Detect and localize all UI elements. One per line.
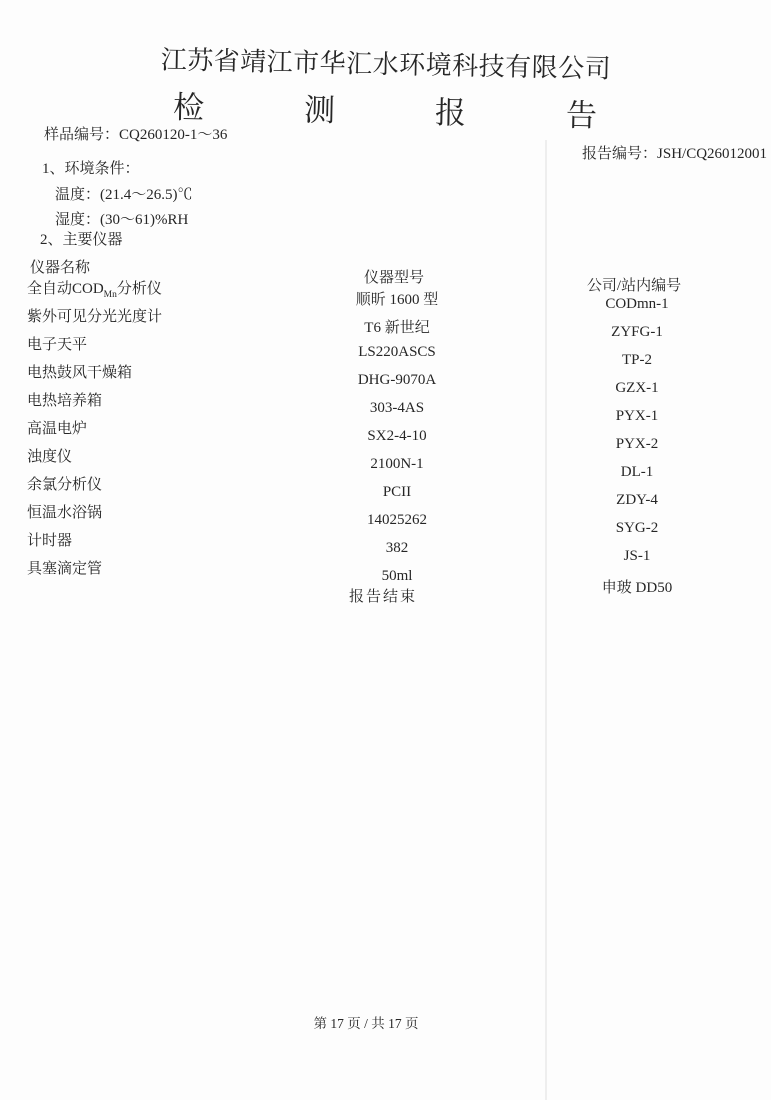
instrument-name-main: 具塞滴定管 — [27, 561, 102, 577]
report-title-char-1: 检 — [173, 82, 205, 128]
humidity-line: 湿度：(30～61)%RH — [55, 208, 188, 229]
report-end-text: 报告结束 — [283, 585, 483, 606]
instrument-name-main: 恒温水浴锅 — [27, 505, 102, 521]
instrument-name: 具塞滴定管 — [27, 557, 102, 578]
instrument-name-main: 电热鼓风干燥箱 — [27, 365, 132, 381]
table-row: 具塞滴定管 50ml 申玻 DD50 — [27, 557, 749, 585]
instrument-name-main: 余氯分析仪 — [27, 477, 102, 493]
instrument-model: 2100N-1 — [282, 456, 512, 473]
instrument-model: 303-4AS — [282, 400, 512, 417]
instrument-name: 恒温水浴锅 — [27, 501, 102, 522]
table-row: 电热鼓风干燥箱 DHG-9070A GZX-1 — [27, 361, 749, 389]
instruments-section-heading: 2、主要仪器 — [40, 228, 123, 249]
instruments-table-body: 全自动CODMn分析仪 顺昕 1600 型 CODmn-1 紫外可见分光光度计 … — [27, 277, 749, 585]
instrument-name: 紫外可见分光光度计 — [27, 305, 162, 326]
table-row: 全自动CODMn分析仪 顺昕 1600 型 CODmn-1 — [27, 277, 749, 305]
report-number-line: 报告编号：JSH/CQ26012001 — [582, 142, 767, 163]
sample-number-label: 样品编号： — [44, 127, 119, 143]
instrument-name-main: 全自动COD — [27, 281, 104, 297]
instrument-name-sub: Mn — [104, 290, 117, 300]
instrument-name: 全自动CODMn分析仪 — [27, 277, 162, 298]
sample-number-value: CQ260120-1～36 — [119, 127, 227, 143]
instrument-name: 电热鼓风干燥箱 — [27, 361, 132, 382]
instrument-name: 余氯分析仪 — [27, 473, 102, 494]
instrument-name: 高温电炉 — [27, 417, 87, 438]
temperature-line: 温度：(21.4～26.5)℃ — [55, 183, 193, 204]
instrument-model: 382 — [282, 540, 512, 557]
instrument-name-main: 浊度仪 — [27, 449, 72, 465]
table-row: 电热培养箱 303-4AS PYX-1 — [27, 389, 749, 417]
table-row: 余氯分析仪 PCII ZDY-4 — [27, 473, 749, 501]
table-row: 计时器 382 JS-1 — [27, 529, 749, 557]
instrument-model: SX2-4-10 — [282, 428, 512, 445]
scan-crease-line — [545, 140, 547, 1100]
instrument-name-main: 计时器 — [27, 533, 72, 549]
instrument-model: 14025262 — [282, 512, 512, 529]
instrument-name: 计时器 — [27, 529, 72, 550]
table-row: 紫外可见分光光度计 T6 新世纪 ZYFG-1 — [27, 305, 749, 333]
instrument-name: 浊度仪 — [27, 445, 72, 466]
instrument-name-main: 电子天平 — [27, 337, 87, 353]
instrument-name-main: 高温电炉 — [27, 421, 87, 437]
table-row: 恒温水浴锅 14025262 SYG-2 — [27, 501, 749, 529]
table-row: 高温电炉 SX2-4-10 PYX-2 — [27, 417, 749, 445]
instrument-name: 电子天平 — [27, 333, 87, 354]
instrument-code: 申玻 DD50 — [522, 576, 752, 597]
instrument-model: DHG-9070A — [282, 372, 512, 389]
instrument-name: 电热培养箱 — [27, 389, 102, 410]
instrument-model: LS220ASCS — [282, 344, 512, 361]
instrument-model: PCII — [282, 484, 512, 501]
column-header-instrument-name: 仪器名称 — [30, 256, 90, 277]
table-row: 电子天平 LS220ASCS TP-2 — [27, 333, 749, 361]
instrument-name-main: 电热培养箱 — [27, 393, 102, 409]
environment-section-heading: 1、环境条件： — [42, 157, 140, 178]
page-number-indicator: 第 17 页 / 共 17 页 — [266, 1012, 466, 1032]
report-number-label: 报告编号： — [582, 146, 657, 162]
instrument-model: 50ml — [282, 568, 512, 585]
instruments-table-header: 仪器名称 仪器型号 公司/站内编号 — [27, 256, 749, 277]
instrument-name-rest: 分析仪 — [117, 281, 162, 297]
table-row: 浊度仪 2100N-1 DL-1 — [27, 445, 749, 473]
report-title-char-2: 测 — [304, 84, 336, 130]
report-title-char-3: 报 — [435, 87, 467, 133]
instruments-table: 仪器名称 仪器型号 公司/站内编号 全自动CODMn分析仪 顺昕 1600 型 … — [27, 256, 749, 585]
report-number-value: JSH/CQ26012001 — [657, 146, 767, 162]
sample-number-line: 样品编号：CQ260120-1～36 — [44, 123, 227, 144]
instrument-name-main: 紫外可见分光光度计 — [27, 309, 162, 325]
report-title-char-4: 告 — [566, 90, 598, 136]
report-page: 江苏省靖江市华汇水环境科技有限公司 检 测 报 告 样品编号：CQ260120-… — [0, 0, 771, 1100]
